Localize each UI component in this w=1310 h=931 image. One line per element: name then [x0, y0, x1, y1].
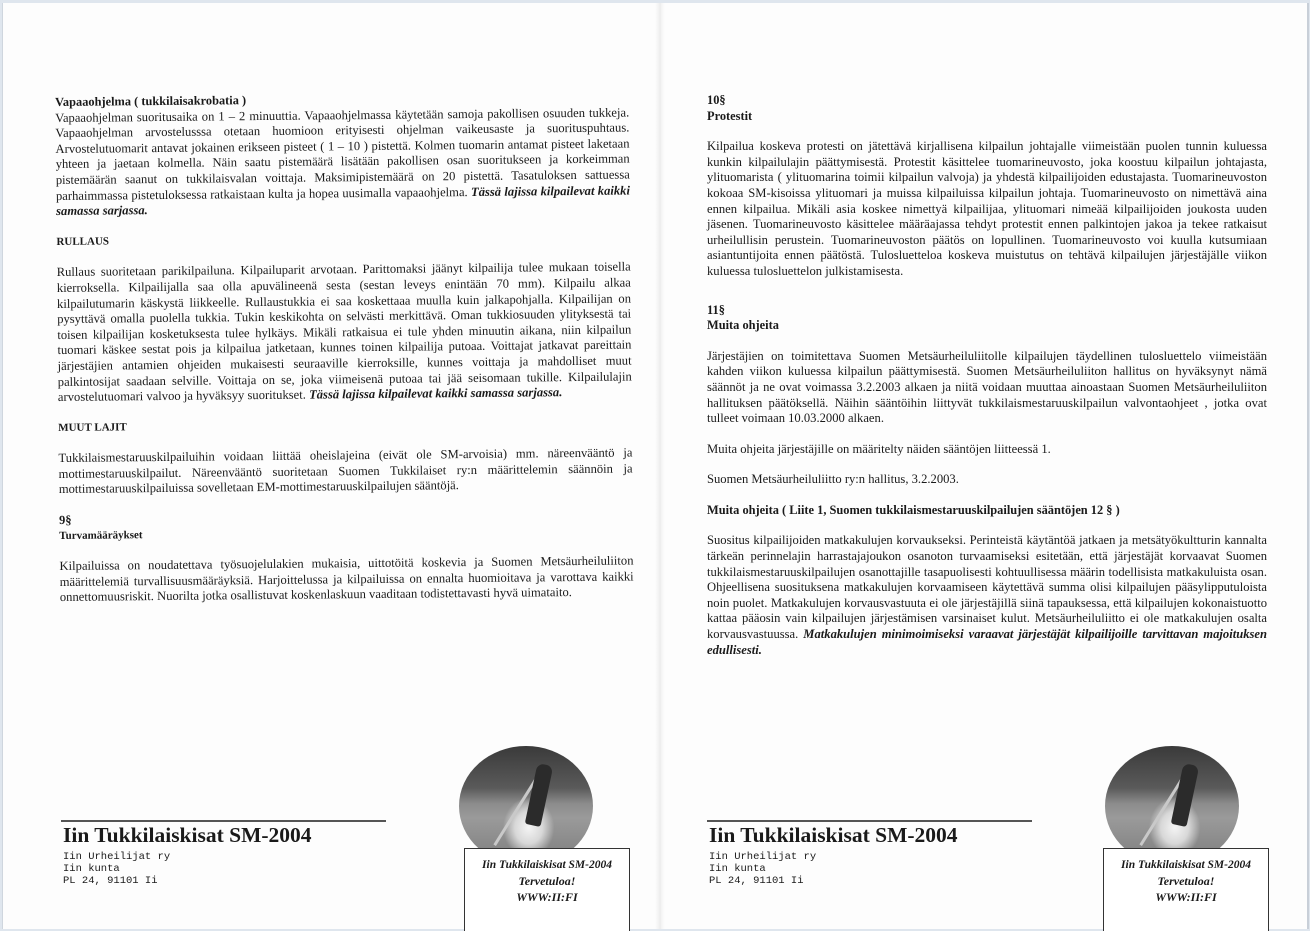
appendix-note: Muita ohjeita järjestäjille on määritelt… [707, 442, 1267, 458]
left-footer: Iin Tukkilaiskisat SM-2004 Iin Urheilija… [61, 736, 651, 926]
section-body-protestit: Kilpailua koskeva protesti on jätettävä … [707, 139, 1267, 279]
badge-greeting: Tervetuloa! [465, 873, 629, 889]
page-fold [655, 3, 665, 929]
section-number-10: 10§ [707, 93, 1267, 109]
event-title: Iin Tukkilaiskisat SM-2004 [709, 823, 958, 848]
badge-web: WWW:II:FI [1104, 889, 1268, 905]
badge-title: Iin Tukkilaiskisat SM-2004 [1104, 857, 1268, 873]
badge-greeting: Tervetuloa! [1104, 873, 1268, 889]
signature-line: Suomen Metsäurheiluliitto ry:n hallitus,… [707, 472, 1267, 488]
section-heading-protestit: Protestit [707, 109, 1267, 125]
body-text: Suositus kilpailijoiden matkakulujen kor… [707, 533, 1267, 641]
organizer-address: Iin Urheilijat ry Iin kunta PL 24, 91101… [63, 851, 170, 888]
emphasis-text: Tässä lajissa kilpailevat kaikki samassa… [309, 385, 562, 401]
right-footer: Iin Tukkilaiskisat SM-2004 Iin Urheilija… [707, 736, 1307, 926]
section-body-liite-1: Suositus kilpailijoiden matkakulujen kor… [707, 533, 1267, 658]
welcome-badge: Iin Tukkilaiskisat SM-2004 Tervetuloa! W… [1103, 848, 1269, 931]
event-title: Iin Tukkilaiskisat SM-2004 [63, 823, 312, 848]
right-page: 10§ Protestit Kilpailua koskeva protesti… [665, 3, 1307, 929]
body-text: Rullaus suoritetaan parikilpailuna. Kilp… [57, 260, 632, 404]
footer-rule [707, 820, 1032, 822]
section-heading-muita-ohjeita: Muita ohjeita [707, 318, 1267, 334]
section-body-turvamaaraykset: Kilpailuissa on noudatettava työsuojelul… [59, 554, 633, 606]
left-page: Vapaaohjelma ( tukkilaisakrobatia ) Vapa… [3, 3, 655, 929]
footer-rule [61, 820, 386, 822]
section-number-11: 11§ [707, 303, 1267, 319]
section-body-muut-lajit: Tukkilaismestaruuskilpailuihin voidaan l… [58, 446, 632, 498]
badge-web: WWW:II:FI [465, 889, 629, 905]
section-body-vapaaohjelma: Vapaaohjelman suoritusaika on 1 – 2 minu… [55, 105, 630, 220]
left-page-content: Vapaaohjelma ( tukkilaisakrobatia ) Vapa… [55, 89, 634, 606]
section-heading-liite-1: Muita ohjeita ( Liite 1, Suomen tukkilai… [707, 503, 1267, 519]
booklet-spread: Vapaaohjelma ( tukkilaisakrobatia ) Vapa… [2, 3, 1309, 929]
section-body-rullaus: Rullaus suoritetaan parikilpailuna. Kilp… [57, 260, 632, 406]
badge-title: Iin Tukkilaiskisat SM-2004 [465, 857, 629, 873]
organizer-address: Iin Urheilijat ry Iin kunta PL 24, 91101… [709, 851, 816, 888]
welcome-badge: Iin Tukkilaiskisat SM-2004 Tervetuloa! W… [464, 848, 630, 931]
section-body-muita-ohjeita: Järjestäjien on toimitettava Suomen Mets… [707, 349, 1267, 427]
right-page-content: 10§ Protestit Kilpailua koskeva protesti… [707, 93, 1267, 658]
